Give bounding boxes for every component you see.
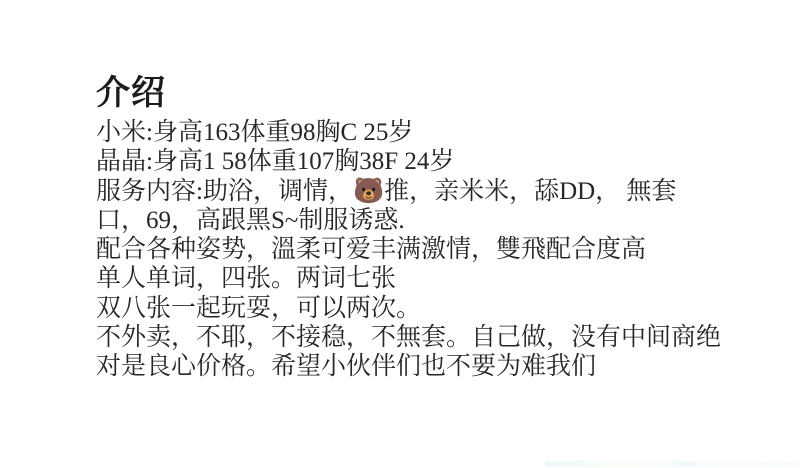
text-line-profile-xiaomi: 小米:身高163体重98胸C 25岁 <box>96 118 756 147</box>
faint-watermark-strip <box>545 461 800 467</box>
text-line-pricing-2: 双八张一起玩耍，可以两次。 <box>96 294 756 323</box>
text-document: 介绍 小米:身高163体重98胸C 25岁 晶晶:身高1 58体重107胸38F… <box>96 74 756 382</box>
text-line-services-1: 服务内容:助浴，调情，🐻推，亲米米，舔DD， 無套 <box>96 177 756 206</box>
text-line-rules-2: 对是良心价格。希望小伙伴们也不要为难我们 <box>96 352 756 381</box>
page-title: 介绍 <box>96 74 756 114</box>
text-line-pricing-1: 单人单词，四张。两词七张 <box>96 264 756 293</box>
text-line-profile-jingjing: 晶晶:身高1 58体重107胸38F 24岁 <box>96 147 756 176</box>
text-line-description: 配合各种姿势，溫柔可爱丰满激情，雙飛配合度高 <box>96 235 756 264</box>
text-line-rules-1: 不外卖，不耶，不接稳，不無套。自己做，没有中间商绝 <box>96 323 756 352</box>
text-line-services-2: 口，69，高跟黑S~制服诱惑. <box>96 206 756 235</box>
